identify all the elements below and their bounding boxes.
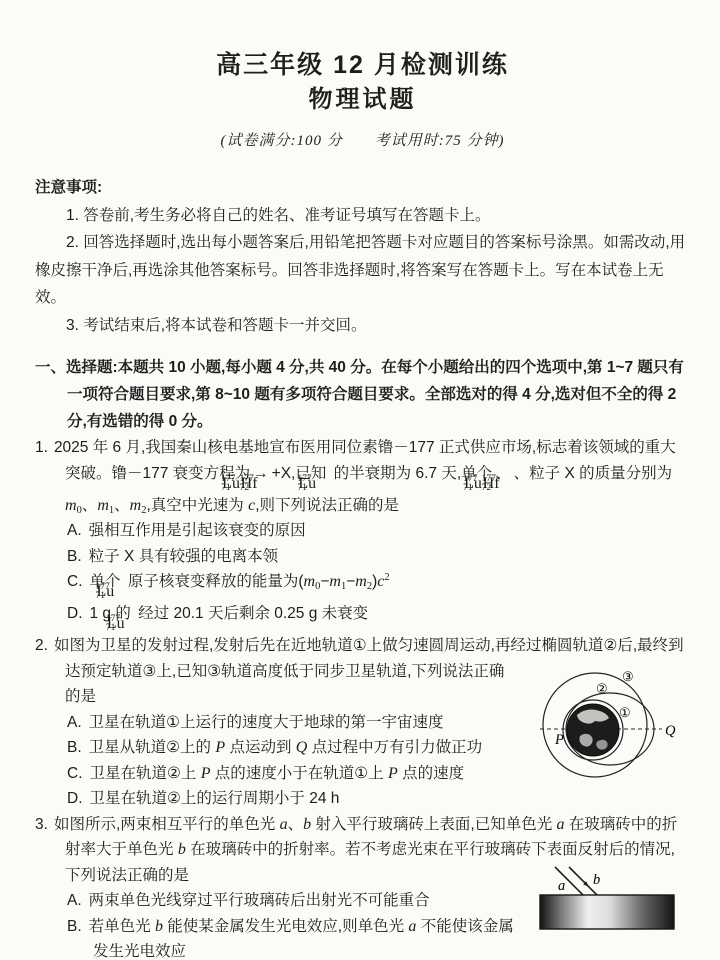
exam-paper: 高三年级 12 月检测训练 物理试题 (试卷满分:100 分 考试用时:75 分…	[0, 0, 720, 960]
point-q-label: Q	[665, 723, 676, 739]
notice-item: 3. 考试结束后,将本试卷和答题卡一并交回。	[35, 312, 690, 340]
option-label: A.	[67, 892, 82, 909]
notice-section: 注意事项: 1. 答卷前,考生务必将自己的姓名、准考证号填写在答题卡上。 2. …	[35, 174, 690, 339]
page-subtitle: 物理试题	[35, 84, 690, 116]
page-title: 高三年级 12 月检测训练	[35, 0, 690, 82]
option-label: B.	[67, 918, 82, 935]
option-text: 单个17771Lu 原子核衰变释放的能量为(m0−m1−m2)c2	[90, 573, 390, 590]
option-text: 两束单色光线穿过平行玻璃砖后出射光不可能重合	[89, 892, 430, 909]
section-heading: 一、选择题:本题共 10 小题,每小题 4 分,共 40 分。在每个小题给出的四…	[35, 354, 690, 435]
ray-b-label: b	[593, 872, 600, 888]
point-p-label: P	[554, 732, 564, 748]
question-number: 3.	[35, 816, 48, 833]
option-label: A.	[67, 522, 82, 539]
option-text: 粒子 X 具有较强的电离本领	[89, 548, 278, 565]
question-2: ③ ② ① P Q 2.如图为卫星的发射过程,发射后先在近地轨道①上做匀速圆周运…	[35, 633, 690, 812]
option-label: C.	[67, 573, 83, 590]
option-row: D.1 g 的17771Lu 经过 20.1 天后剩余 0.25 g 未衰变	[67, 601, 690, 633]
glass-brick-diagram: a b	[525, 863, 690, 943]
glass-brick	[540, 895, 674, 929]
orbit-1-label: ①	[619, 705, 631, 720]
ray-a-label: a	[558, 878, 565, 894]
option-text: 若单色光 b 能使某金属发生光电效应,则单色光 a 不能使该金属发生光电效应	[89, 918, 514, 960]
question-3: a b 3.如图所示,两束相互平行的单色光 a、b 射入平行玻璃砖上表面,已知单…	[35, 812, 690, 960]
option-label: C.	[67, 765, 83, 782]
notice-item: 2. 回答选择题时,选出每小题答案后,用铅笔把答题卡对应题目的答案标号涂黑。如需…	[35, 229, 690, 312]
option-text: 1 g 的17771Lu 经过 20.1 天后剩余 0.25 g 未衰变	[90, 605, 369, 622]
option-text: 卫星在轨道①上运行的速度大于地球的第一宇宙速度	[89, 714, 444, 731]
option-text: 卫星在轨道②上的运行周期小于 24 h	[90, 790, 340, 807]
exam-meta: (试卷满分:100 分 考试用时:75 分钟)	[35, 131, 690, 151]
option-row: C.单个17771Lu 原子核衰变释放的能量为(m0−m1−m2)c2	[67, 569, 690, 601]
option-label: A.	[67, 714, 82, 731]
option-label: D.	[67, 605, 83, 622]
option-label: B.	[67, 739, 82, 756]
orbit-3-label: ③	[622, 669, 634, 684]
option-label: D.	[67, 790, 83, 807]
option-text: 卫星从轨道②上的 P 点运动到 Q 点过程中万有引力做正功	[89, 739, 482, 756]
option-text: 强相互作用是引起该衰变的原因	[89, 522, 306, 539]
option-label: B.	[67, 548, 82, 565]
question-number: 1.	[35, 439, 48, 456]
question-stem-text: 2025 年 6 月,我国秦山核电基地宣布医用同位素镥－177 正式供应市场,标…	[54, 439, 676, 514]
question-number: 2.	[35, 637, 48, 654]
earth	[567, 704, 619, 756]
orbit-2-label: ②	[596, 681, 608, 696]
option-row: A.强相互作用是引起该衰变的原因	[67, 518, 690, 544]
notice-heading: 注意事项:	[35, 174, 690, 202]
option-row: B.粒子 X 具有较强的电离本领	[67, 544, 690, 570]
satellite-orbit-diagram: ③ ② ① P Q	[522, 659, 690, 792]
notice-item: 1. 答卷前,考生务必将自己的姓名、准考证号填写在答题卡上。	[35, 202, 690, 230]
question-1: 1.2025 年 6 月,我国秦山核电基地宣布医用同位素镥－177 正式供应市场…	[35, 435, 690, 633]
option-text: 卫星在轨道②上 P 点的速度小于在轨道①上 P 点的速度	[90, 765, 465, 782]
question-stem: 1.2025 年 6 月,我国秦山核电基地宣布医用同位素镥－177 正式供应市场…	[35, 435, 690, 518]
